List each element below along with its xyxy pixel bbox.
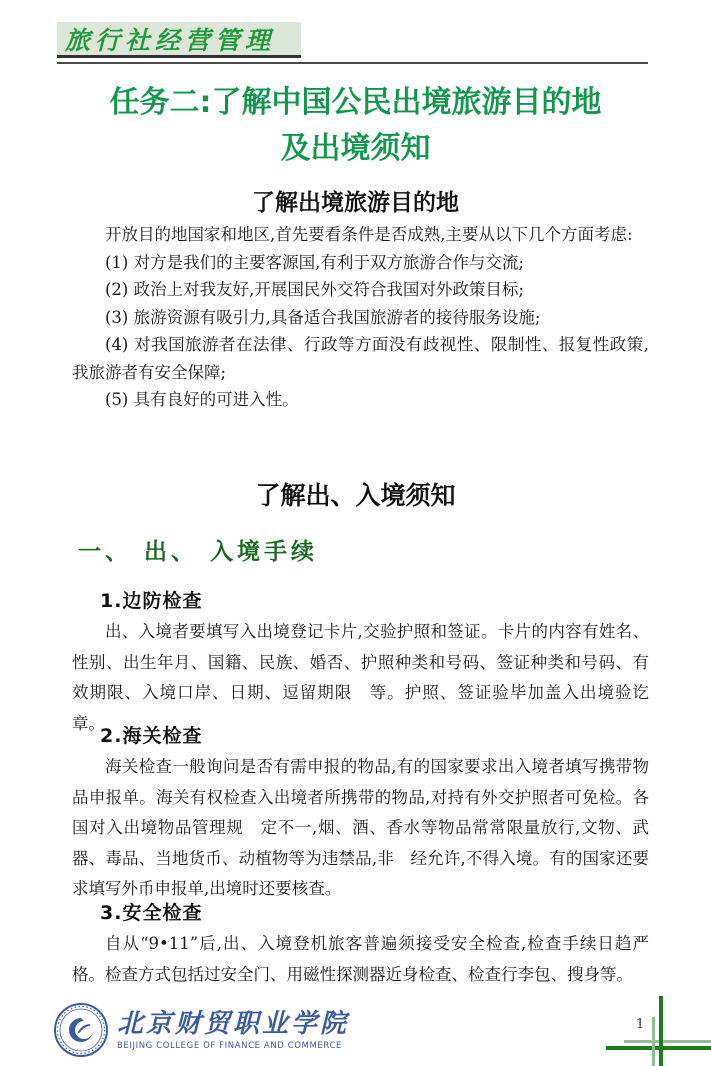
subsection-title-security-check: 3.安全检查 xyxy=(100,898,202,925)
college-name-cn: 北京财贸职业学院 xyxy=(117,1009,349,1039)
destinations-item-4: (4) 对我国旅游者在法律、行政等方面没有歧视性、限制性、报复性政策,我旅游者有… xyxy=(72,331,649,386)
destinations-item-1: (1) 对方是我们的主要客源国,有利于双方旅游合作与交流; xyxy=(72,249,649,277)
college-logo-text: 北京财贸职业学院 BEIJING COLLEGE OF FINANCE AND … xyxy=(117,1009,349,1051)
page-title-line1: 任务二:了解中国公民出境旅游目的地 xyxy=(0,80,711,126)
course-title-band: 旅行社经营管理 xyxy=(57,22,301,58)
college-logo: 北京财贸职业学院 BEIJING COLLEGE OF FINANCE AND … xyxy=(53,1002,349,1058)
customs-inspection-paragraph: 海关检查一般询问是否有需申报的物品,有的国家要求出入境者填写携带物品申报单。海关… xyxy=(72,752,649,905)
page-title: 任务二:了解中国公民出境旅游目的地 及出境须知 xyxy=(0,80,711,172)
destinations-body: 开放目的地国家和地区,首先要看条件是否成熟,主要从以下几个方面考虑: (1) 对… xyxy=(72,221,649,414)
footer-decoration-line-dark-vertical xyxy=(659,996,663,1066)
notice-heading: 了解出、入境须知 xyxy=(0,476,711,512)
destinations-intro: 开放目的地国家和地区,首先要看条件是否成熟,主要从以下几个方面考虑: xyxy=(72,221,649,249)
college-name-en: BEIJING COLLEGE OF FINANCE AND COMMERCE xyxy=(117,1041,349,1051)
page-title-line2: 及出境须知 xyxy=(0,126,711,172)
destinations-item-3: (3) 旅游资源有吸引力,具备适合我国旅游者的接待服务设施; xyxy=(72,304,649,332)
destinations-item-5: (5) 具有良好的可进入性。 xyxy=(72,386,649,414)
footer-decoration-line-light-vertical xyxy=(652,1017,655,1066)
footer-decoration-line-light-horizontal xyxy=(624,1040,711,1043)
document-page: 旅行社经营管理 任务二:了解中国公民出境旅游目的地 及出境须知 了解出境旅游目的… xyxy=(0,0,711,1066)
destinations-item-2: (2) 政治上对我友好,开展国民外交符合我国对外政策目标; xyxy=(72,276,649,304)
subsection-title-customs-inspection: 2.海关检查 xyxy=(100,721,202,748)
procedures-heading: 一、 出、 入境手续 xyxy=(78,533,318,566)
security-check-paragraph: 自从“9•11”后,出、入境登机旅客普遍须接受安全检查,检查手续日趋严格。检查方… xyxy=(72,929,649,990)
subsection-body-security-check: 自从“9•11”后,出、入境登机旅客普遍须接受安全检查,检查手续日趋严格。检查方… xyxy=(72,929,649,990)
college-seal-icon xyxy=(53,1002,109,1058)
subsection-body-customs-inspection: 海关检查一般询问是否有需申报的物品,有的国家要求出入境者填写携带物品申报单。海关… xyxy=(72,752,649,905)
destinations-heading: 了解出境旅游目的地 xyxy=(0,184,711,217)
course-title: 旅行社经营管理 xyxy=(65,21,275,57)
header-rule xyxy=(57,62,648,64)
page-number: 1 xyxy=(636,1017,644,1032)
subsection-title-border-inspection: 1.边防检查 xyxy=(100,586,202,613)
